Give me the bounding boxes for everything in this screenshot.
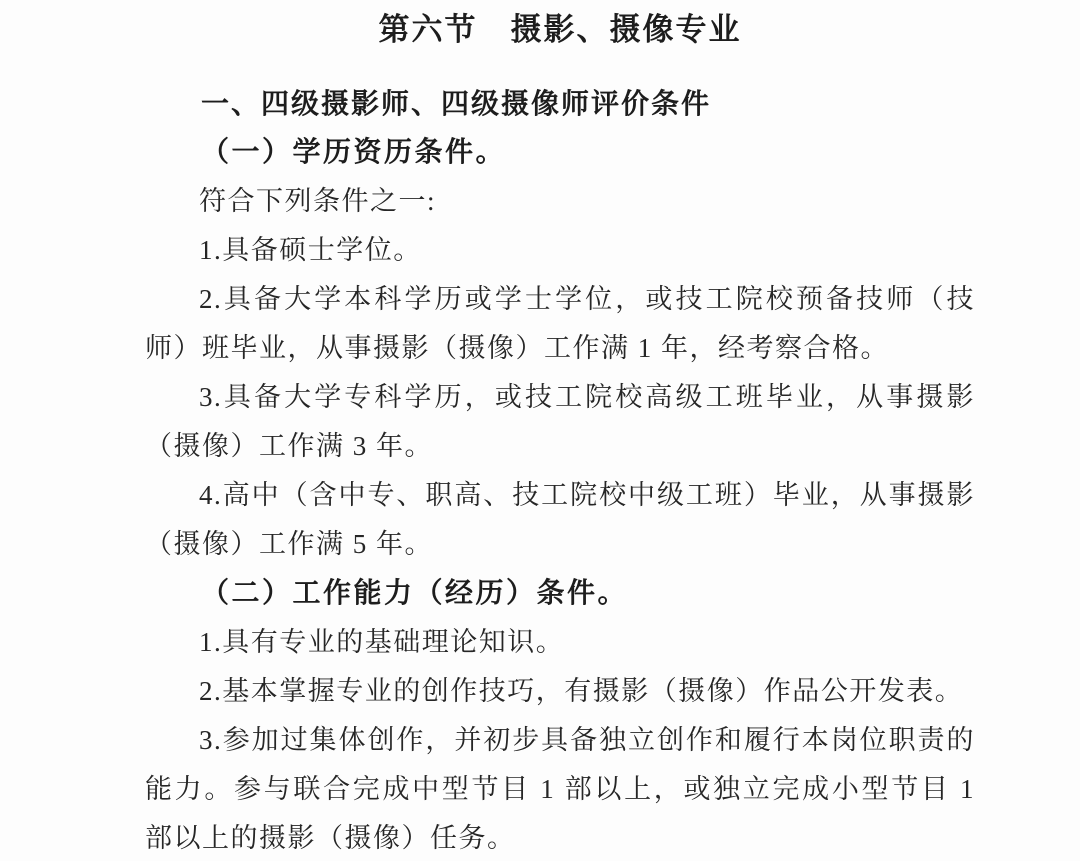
paragraph-item-2: 2.具备大学本科学历或学士学位，或技工院校预备技师（技师）班毕业，从事摄影（摄像… bbox=[145, 275, 975, 373]
paragraph-intro: 符合下列条件之一: bbox=[145, 177, 975, 226]
paragraph-ability-2: 2.基本掌握专业的创作技巧，有摄影（摄像）作品公开发表。 bbox=[145, 667, 975, 716]
section-title: 第六节 摄影、摄像专业 bbox=[145, 8, 975, 52]
subsection-heading-work-ability: （二）工作能力（经历）条件。 bbox=[145, 569, 975, 618]
paragraph-ability-3: 3.参加过集体创作，并初步具备独立创作和履行本岗位职责的能力。参与联合完成中型节… bbox=[145, 716, 975, 861]
document-page: 第六节 摄影、摄像专业 一、四级摄影师、四级摄像师评价条件 （一）学历资历条件。… bbox=[0, 0, 1080, 861]
paragraph-ability-1: 1.具有专业的基础理论知识。 bbox=[145, 618, 975, 667]
paragraph-item-4: 4.高中（含中专、职高、技工院校中级工班）毕业，从事摄影（摄像）工作满 5 年。 bbox=[145, 471, 975, 569]
paragraph-item-1: 1.具备硕士学位。 bbox=[145, 226, 975, 275]
paragraph-item-3: 3.具备大学专科学历，或技工院校高级工班毕业，从事摄影（摄像）工作满 3 年。 bbox=[145, 373, 975, 471]
subsection-heading-education: （一）学历资历条件。 bbox=[145, 128, 975, 177]
chapter-heading: 一、四级摄影师、四级摄像师评价条件 bbox=[145, 79, 975, 128]
